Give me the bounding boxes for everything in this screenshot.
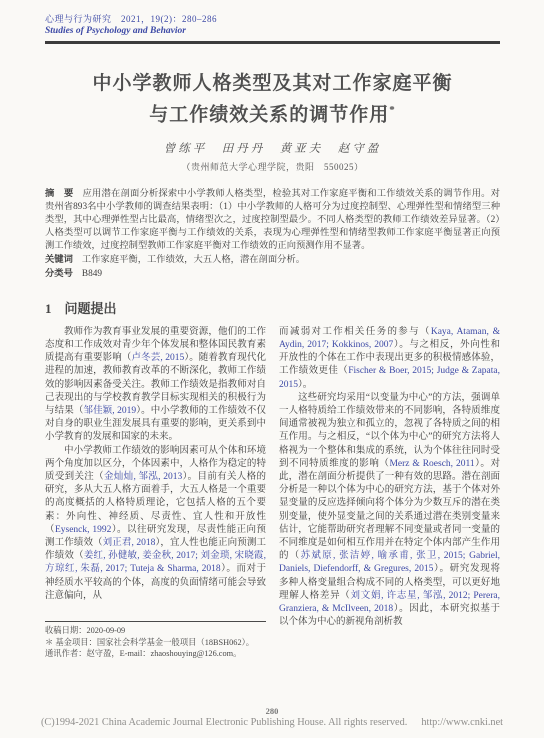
- journal-title-en: Studies of Psychology and Behavior: [45, 26, 500, 36]
- keywords-label: 关键词: [45, 255, 73, 265]
- text-run: 这些研究均采用“以变量为中心”的方法，强调单一人格特质给工作绩效带来的不同影响，…: [279, 393, 500, 469]
- citation-link[interactable]: 刘正君, 2018: [103, 538, 156, 548]
- cnki-url[interactable]: http://www.cnki.net: [421, 717, 503, 728]
- two-column-body: 教师作为教育事业发展的重要资源，他们的工作态度和工作成效对青少年个体发展和整体国…: [45, 326, 500, 660]
- classification-code: B849: [82, 269, 102, 279]
- copyright-text: (C)1994-2021 China Academic Journal Elec…: [41, 717, 407, 728]
- paragraph: 中小学教师工作绩效的影响因素可从个体和环境两个角度加以区分，个体因素中，人格作为…: [45, 445, 266, 603]
- classification-label: 分类号: [45, 269, 73, 279]
- section-heading: 1 问题提出: [45, 298, 500, 317]
- paper-page: 心理与行为研究 2021，19(2)：280–286 Studies of Ps…: [0, 0, 544, 738]
- column-left-text: 教师作为教育事业发展的重要资源，他们的工作态度和工作成效对青少年个体发展和整体国…: [45, 326, 266, 603]
- footnote-fund-project: ＊ 基金项目：国家社会科学基金一般项目（18BSH062）。: [45, 637, 266, 649]
- article-title: 中小学教师人格类型及其对工作家庭平衡 与工作绩效关系的调节作用*: [45, 70, 500, 128]
- classification-row: 分类号B849: [45, 268, 500, 281]
- paragraph: 教师作为教育事业发展的重要资源，他们的工作态度和工作成效对青少年个体发展和整体国…: [45, 326, 266, 445]
- column-right: 而减弱对工作相关任务的参与（Kaya, Ataman, & Aydin, 201…: [279, 326, 500, 660]
- affiliation: （贵州师范大学心理学院，贵阳 550025）: [45, 160, 500, 173]
- abstract-text: 应用潜在剖面分析探索中小学教师人格类型，检验其对工作家庭平衡和工作绩效关系的调节…: [45, 189, 500, 251]
- keywords-row: 关键词工作家庭平衡，工作绩效，大五人格，潜在剖面分析。: [45, 254, 500, 267]
- abstract-label: 摘 要: [45, 189, 73, 199]
- authors: 曾练平 田丹丹 黄亚夫 赵守盈: [45, 140, 500, 156]
- abstract-block: 摘 要应用潜在剖面分析探索中小学教师人格类型，检验其对工作家庭平衡和工作绩效关系…: [45, 188, 500, 253]
- citation-link[interactable]: 邹佳颖, 2019: [83, 406, 136, 416]
- journal-title-cn: 心理与行为研究 2021，19(2)：280–286: [45, 12, 500, 25]
- article-title-line1: 中小学教师人格类型及其对工作家庭平衡: [45, 70, 500, 97]
- footnote-received-date: 收稿日期：2020-09-09: [45, 625, 266, 637]
- citation-link[interactable]: 卢冬芸, 2015: [132, 353, 185, 363]
- paragraph: 这些研究均采用“以变量为中心”的方法，强调单一人格特质给工作绩效带来的不同影响，…: [279, 392, 500, 630]
- citation-link[interactable]: Merz & Roesch, 2011: [389, 459, 474, 469]
- keywords-text: 工作家庭平衡，工作绩效，大五人格，潜在剖面分析。: [82, 255, 305, 265]
- text-run: ）。对此，潜在剖面分析提供了一种有效的思路。潜在剖面分析是一种以个体为中心的研究…: [279, 459, 500, 561]
- column-left: 教师作为教育事业发展的重要资源，他们的工作态度和工作成效对青少年个体发展和整体国…: [45, 326, 266, 660]
- text-run: 而减弱对工作相关任务的参与（: [279, 327, 431, 337]
- article-title-line2: 与工作绩效关系的调节作用*: [45, 97, 500, 128]
- page-number: 280: [0, 706, 544, 716]
- header-divider: [45, 41, 500, 44]
- column-right-text: 而减弱对工作相关任务的参与（Kaya, Ataman, & Aydin, 201…: [279, 326, 500, 630]
- journal-header: 心理与行为研究 2021，19(2)：280–286 Studies of Ps…: [45, 12, 500, 44]
- footnote-block: 收稿日期：2020-09-09 ＊ 基金项目：国家社会科学基金一般项目（18BS…: [45, 621, 266, 660]
- footnote-corresponding-author: 通讯作者：赵守盈，E-mail：zhaoshouying@126.com。: [45, 648, 266, 660]
- paragraph: 而减弱对工作相关任务的参与（Kaya, Ataman, & Aydin, 201…: [279, 326, 500, 392]
- page-footer: 280 (C)1994-2021 China Academic Journal …: [0, 706, 544, 728]
- citation-link[interactable]: 金灿灿, 邹泓, 2013: [104, 472, 182, 482]
- text-run: ）。: [298, 380, 312, 390]
- title-footnote-mark: *: [389, 104, 396, 116]
- article-title-line2-text: 与工作绩效关系的调节作用: [149, 104, 389, 125]
- copyright-line: (C)1994-2021 China Academic Journal Elec…: [0, 717, 544, 728]
- citation-link[interactable]: Eysenck, 1992: [55, 525, 111, 535]
